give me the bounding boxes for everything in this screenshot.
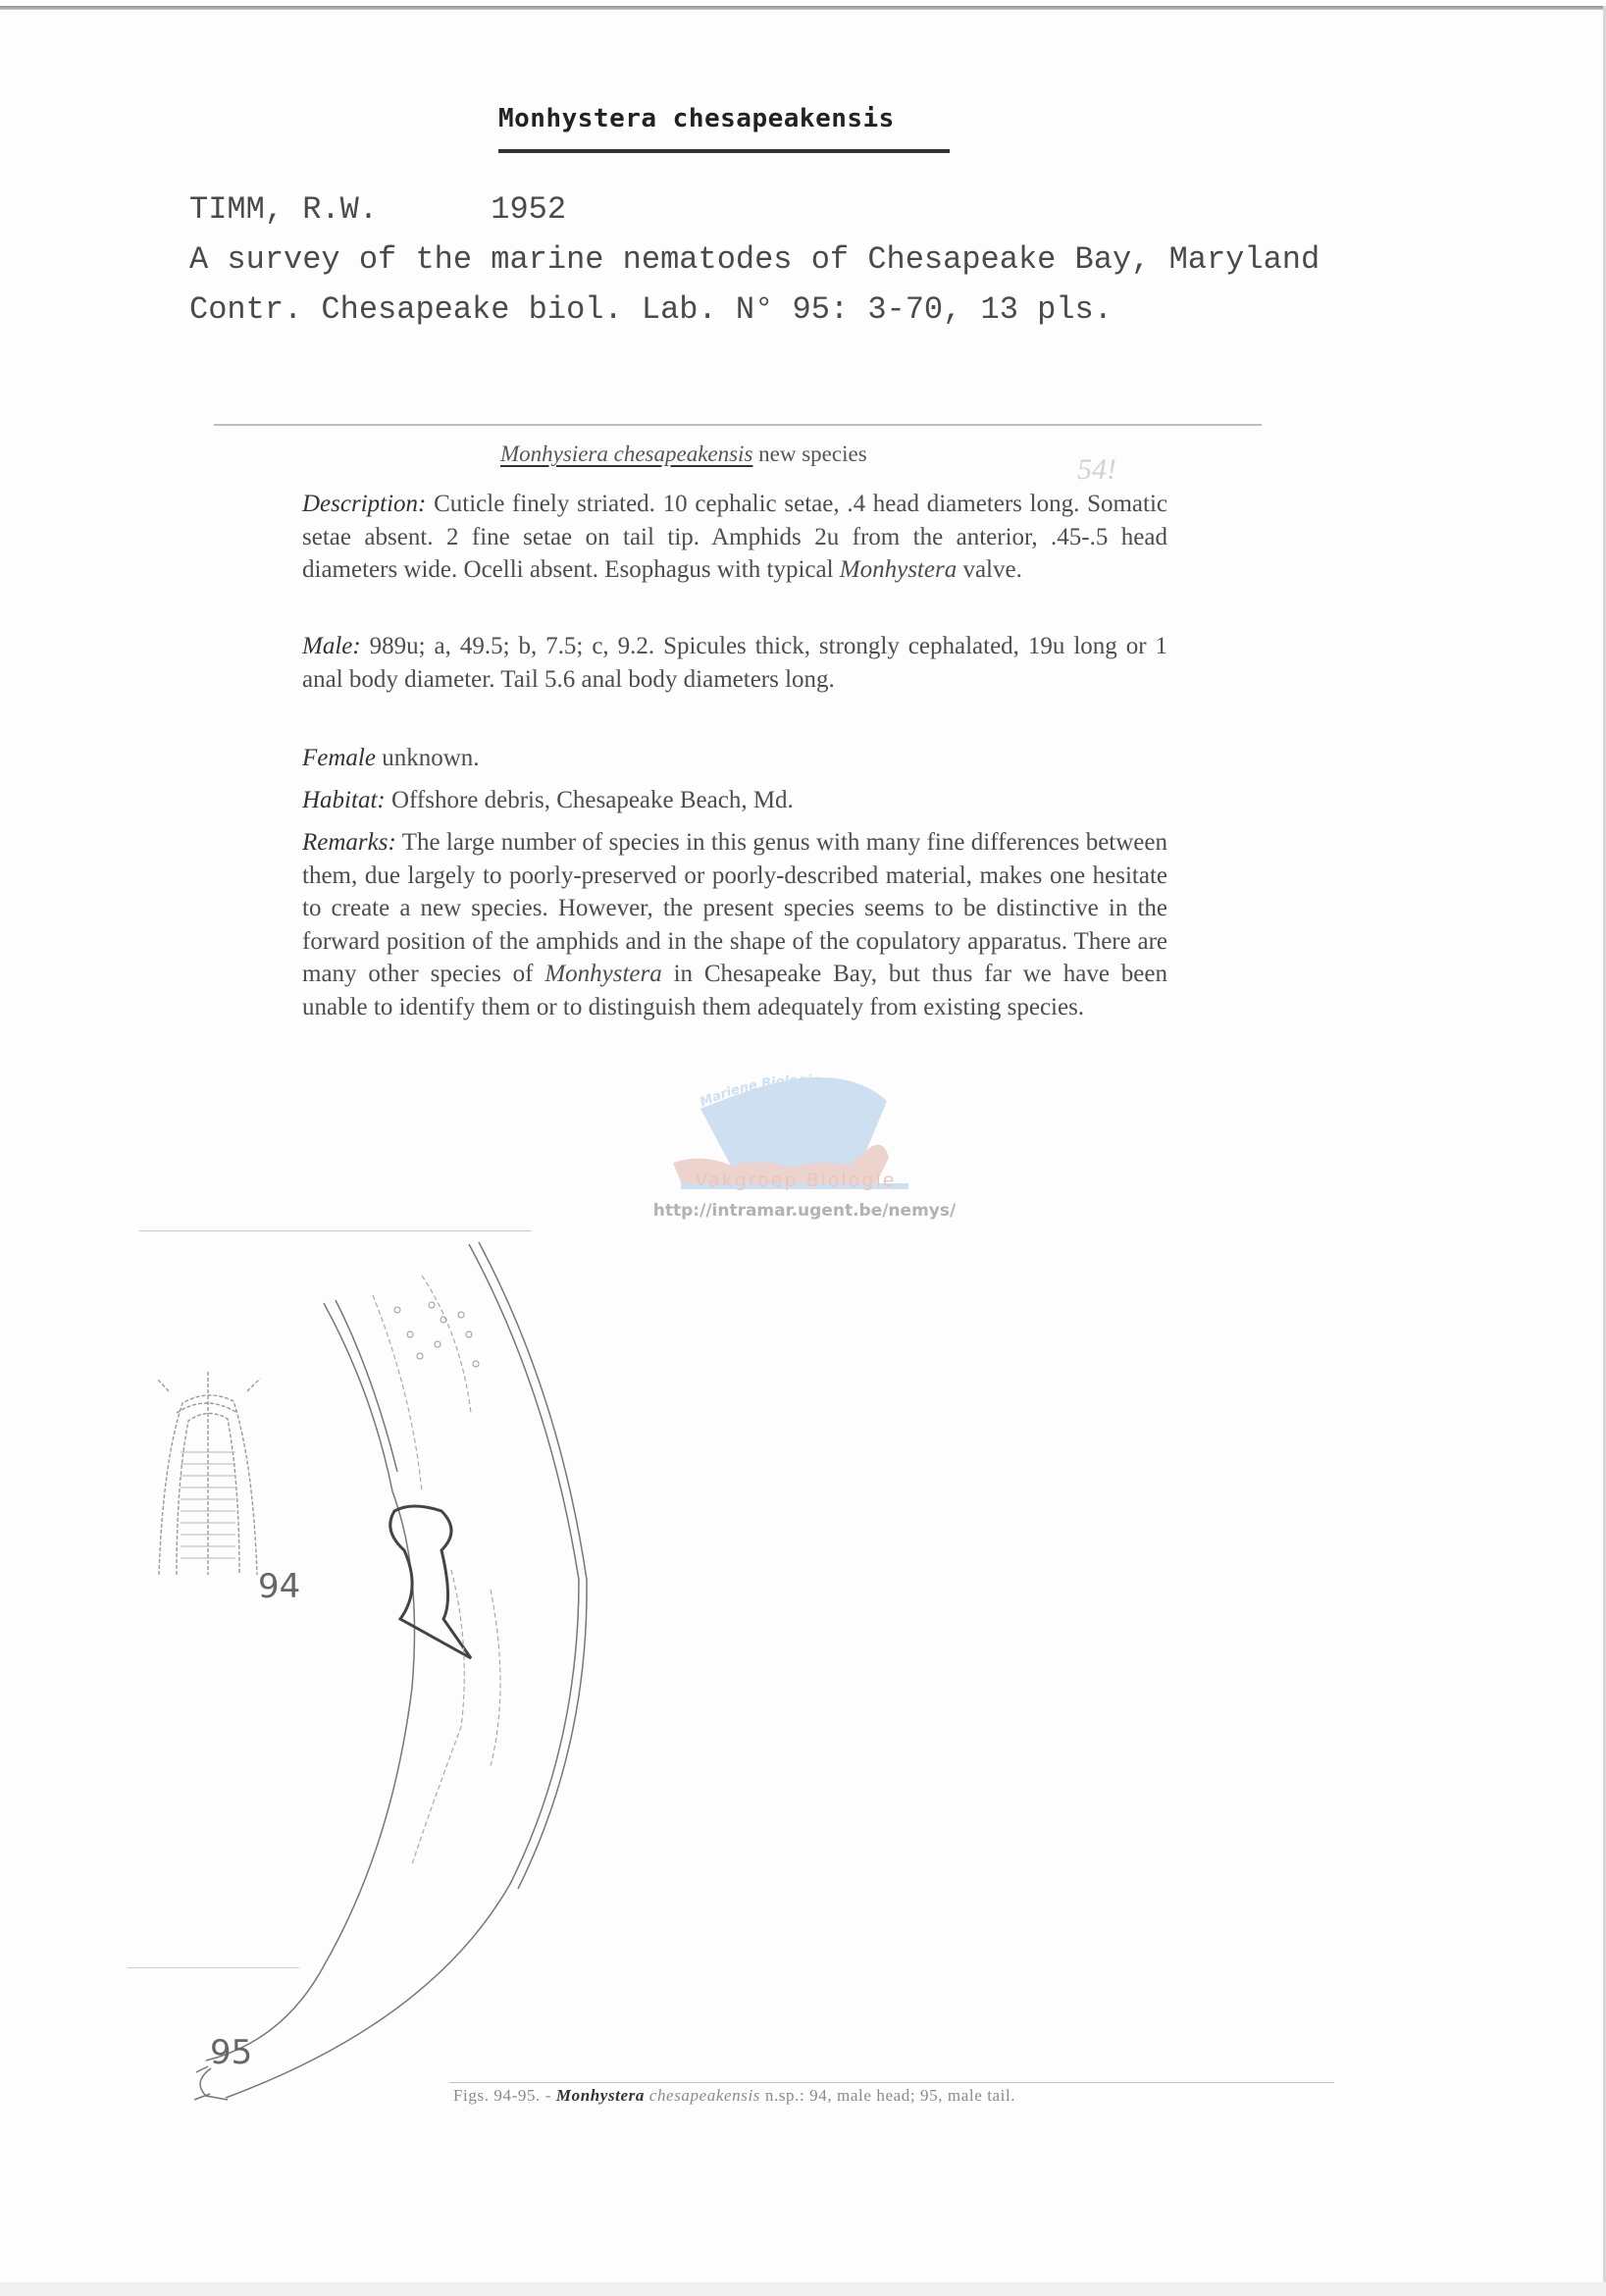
- internal-structures: [373, 1276, 500, 1864]
- male-head-drawing: [157, 1372, 260, 1575]
- figure-label-94: 94: [258, 1567, 300, 1606]
- figure-drawings: [0, 0, 1606, 2296]
- caption-genus: Monhystera: [556, 2086, 645, 2105]
- caption-epithet: chesapeakensis: [645, 2086, 760, 2105]
- caption-rule: [449, 2082, 1334, 2083]
- male-tail-drawing: [194, 1242, 587, 2100]
- figure-label-95: 95: [210, 2033, 252, 2072]
- gland-cells: [394, 1302, 479, 1367]
- figure-caption: Figs. 94-95. - Monhystera chesapeakensis…: [453, 2086, 1015, 2106]
- spicule: [390, 1506, 471, 1658]
